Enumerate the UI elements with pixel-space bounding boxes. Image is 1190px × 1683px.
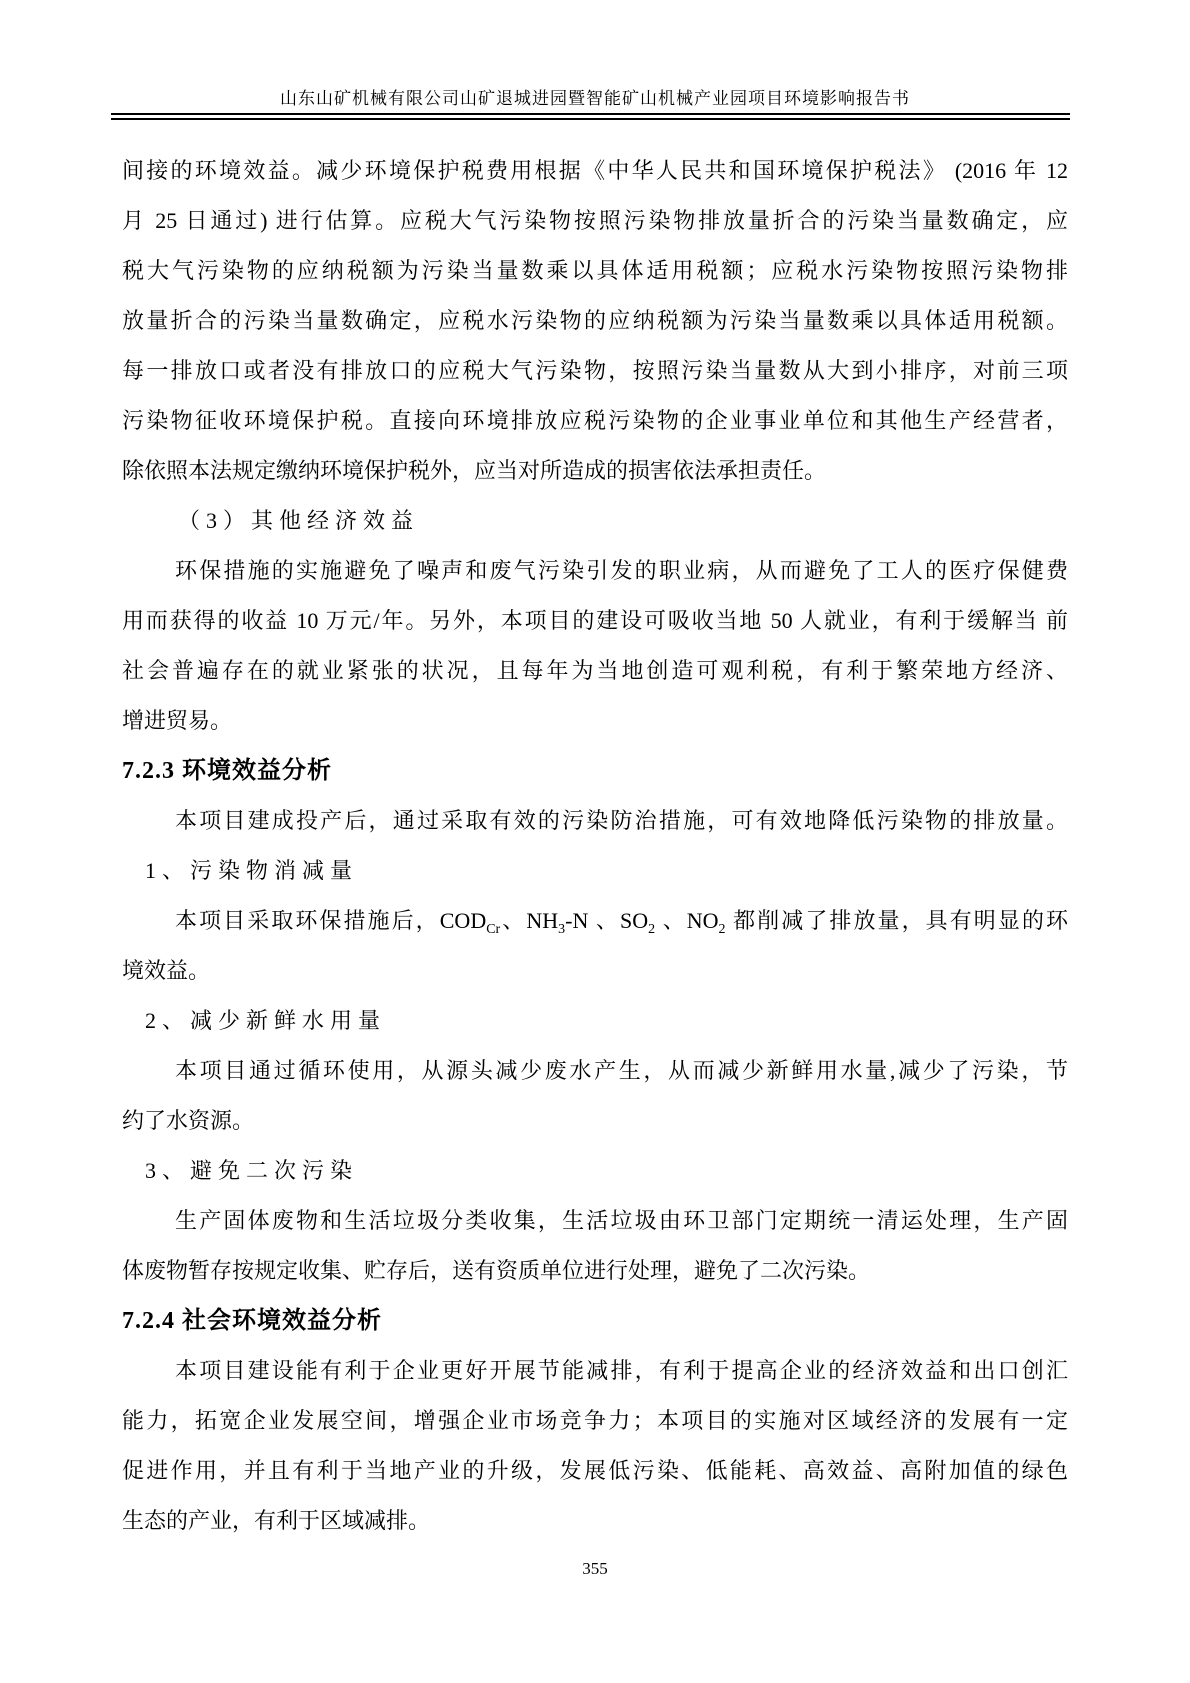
heading-line: 7.2.3 环境效益分析 [122,746,1068,796]
document-body: 间接的环境效益。减少环境保护税费用根据《中华人民共和国环境保护税法》 (2016… [122,146,1068,1546]
header-double-rule [111,113,1070,120]
subscript: 2 [719,922,726,937]
text-line: 本项目建设能有利于企业更好开展节能减排，有利于提高企业的经济效益和出口创汇 [122,1346,1068,1396]
text-line: 本项目通过循环使用，从源头减少废水产生，从而减少新鲜用水量,减少了污染，节 [122,1046,1068,1096]
text-line: 除依照本法规定缴纳环境保护税外，应当对所造成的损害依法承担责任。 [122,446,1068,496]
document-page: 山东山矿机械有限公司山矿退城进园暨智能矿山机械产业园项目环境影响报告书 间接的环… [0,0,1190,1683]
text-line: 放量折合的污染当量数确定，应税水污染物的应纳税额为污染当量数乘以具体适用税额。 [122,296,1068,346]
text-line: 污染物征收环境保护税。直接向环境排放应税污染物的企业事业单位和其他生产经营者， [122,396,1068,446]
subscript: 2 [648,922,655,937]
text-line: 每一排放口或者没有排放口的应税大气污染物，按照污染当量数从大到小排序，对前三项 [122,346,1068,396]
text-line: 体废物暂存按规定收集、贮存后，送有资质单位进行处理，避免了二次污染。 [122,1246,1068,1296]
text-line: 用而获得的收益 10 万元/年。另外，本项目的建设可吸收当地 50 人就业，有利… [122,596,1068,646]
text-line: 环保措施的实施避免了噪声和废气污染引发的职业病，从而避免了工人的医疗保健费 [122,546,1068,596]
text-line: 促进作用，并且有利于当地产业的升级，发展低污染、低能耗、高效益、高附加值的绿色 [122,1446,1068,1496]
text-line: 税大气污染物的应纳税额为污染当量数乘以具体适用税额；应税水污染物按照污染物排 [122,246,1068,296]
subscript: Cr [486,922,500,937]
text-line: 生产固体废物和生活垃圾分类收集，生活垃圾由环卫部门定期统一清运处理，生产固 [122,1196,1068,1246]
text-line: 社会普遍存在的就业紧张的状况，且每年为当地创造可观利税，有利于繁荣地方经济、 [122,646,1068,696]
subscript: 3 [558,922,565,937]
page-header-title: 山东山矿机械有限公司山矿退城进园暨智能矿山机械产业园项目环境影响报告书 [0,86,1190,112]
heading-line: 7.2.4 社会环境效益分析 [122,1296,1068,1346]
text-line: 本项目建成投产后，通过采取有效的污染防治措施，可有效地降低污染物的排放量。 [122,796,1068,846]
text-line: 2、减少新鲜水用量 [122,996,1068,1046]
page-number: 355 [0,1554,1190,1584]
text-line: 增进贸易。 [122,696,1068,746]
text-line: 生态的产业，有利于区域减排。 [122,1496,1068,1546]
text-line: 本项目采取环保措施后，CODCr、NH3-N 、SO2 、NO2 都削减了排放量… [122,896,1068,946]
text-line: 约了水资源。 [122,1096,1068,1146]
text-line: 3、避免二次污染 [122,1146,1068,1196]
text-line: 境效益。 [122,946,1068,996]
text-line: 间接的环境效益。减少环境保护税费用根据《中华人民共和国环境保护税法》 (2016… [122,146,1068,196]
text-line: 能力，拓宽企业发展空间，增强企业市场竞争力；本项目的实施对区域经济的发展有一定 [122,1396,1068,1446]
text-line: （3）其他经济效益 [122,496,1068,546]
text-line: 月 25 日通过) 进行估算。应税大气污染物按照污染物排放量折合的污染当量数确定… [122,196,1068,246]
text-line: 1、污染物消减量 [122,846,1068,896]
